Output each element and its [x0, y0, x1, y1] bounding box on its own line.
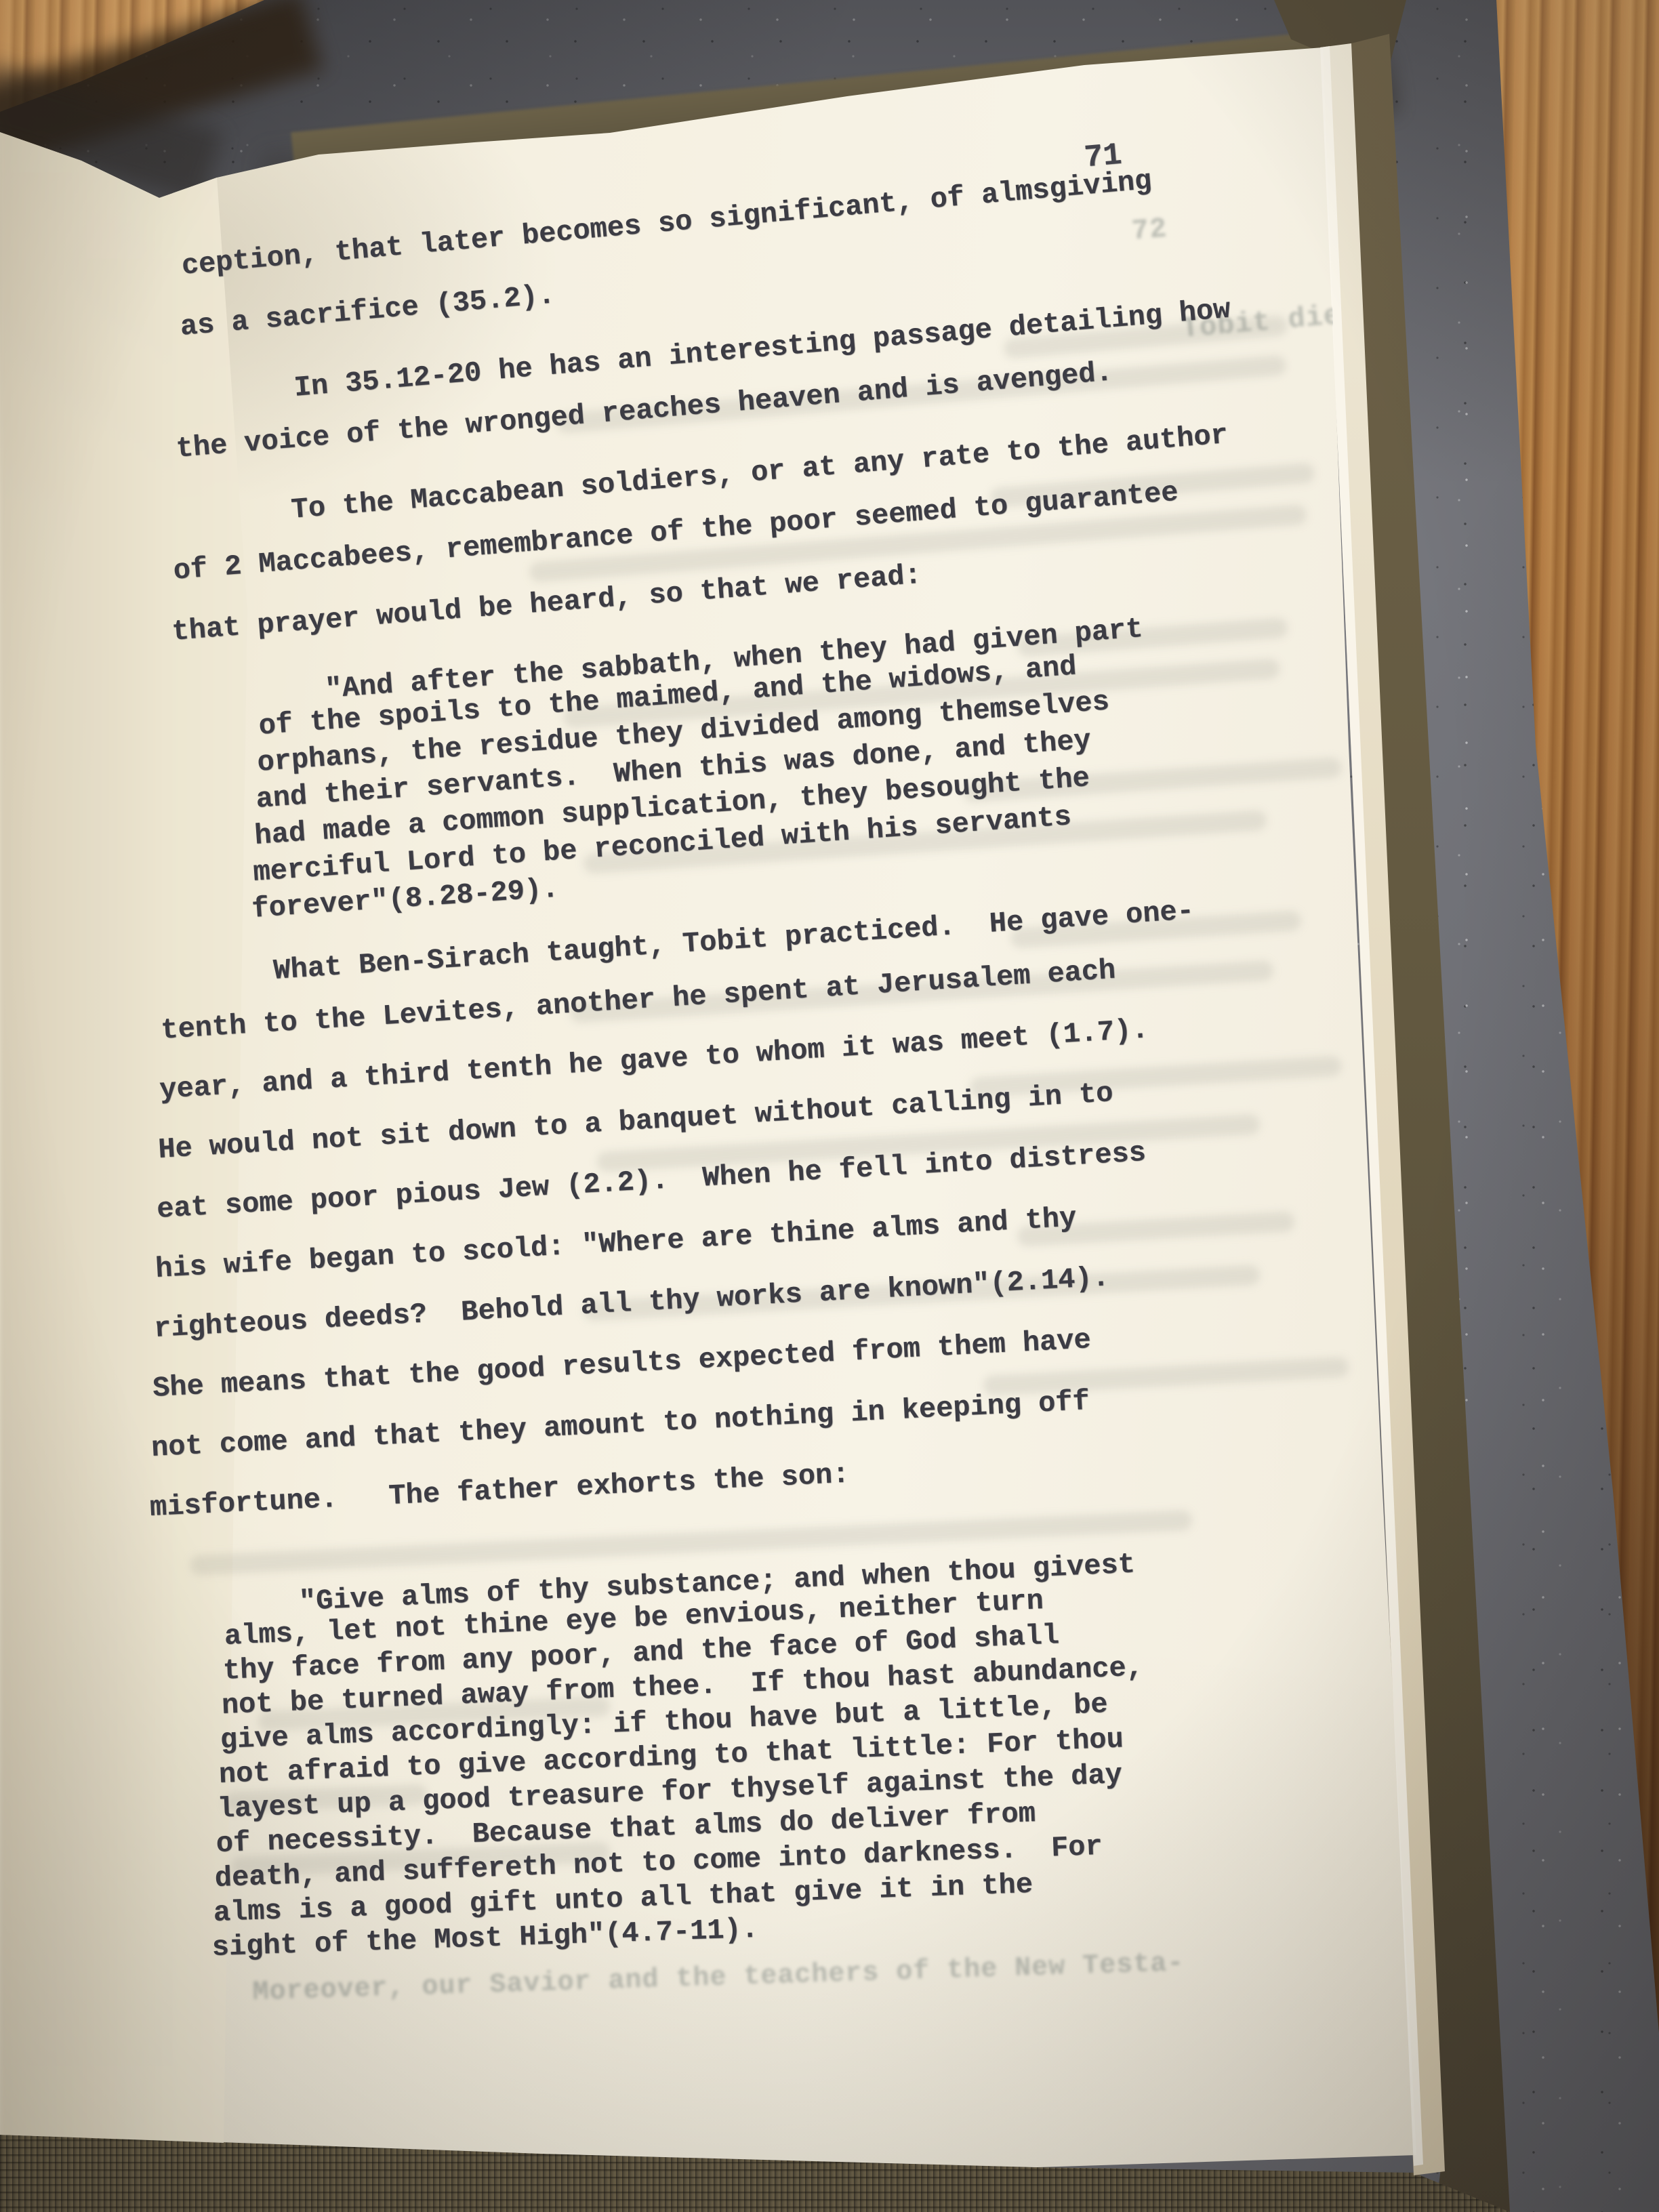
photo-vignette: [0, 0, 1659, 2212]
photo-of-book-page: 71 72 Tobit died Moreover, our Savior an…: [0, 0, 1659, 2212]
